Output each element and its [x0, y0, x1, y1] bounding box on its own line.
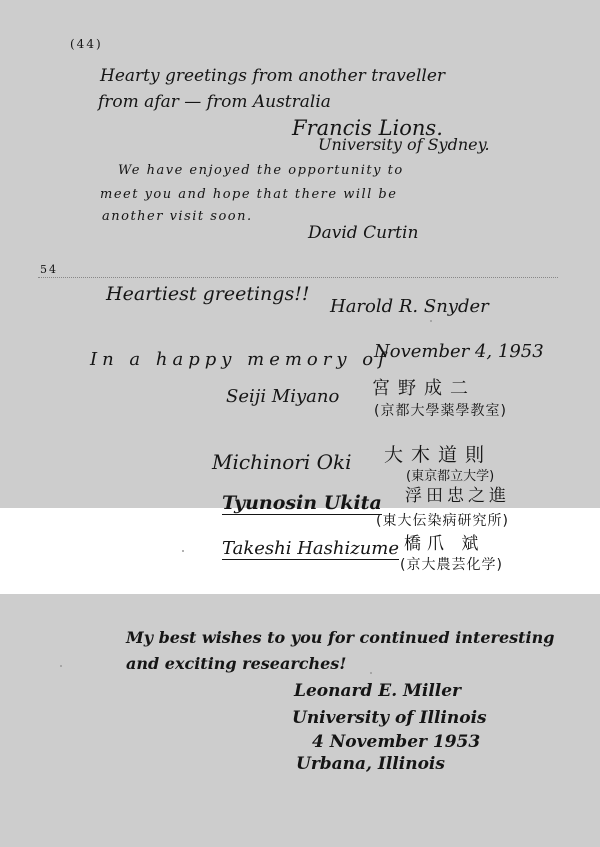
location: Urbana, Illinois	[296, 756, 445, 773]
message-line: Hearty greetings from another traveller	[100, 68, 445, 85]
affiliation: University of Sydney.	[318, 137, 490, 153]
page-number: (44)	[70, 38, 103, 50]
scan-speck	[370, 672, 372, 674]
scan-speck	[430, 320, 432, 322]
message-line: from afar — from Australia	[98, 94, 331, 111]
date: 4 November 1953	[312, 734, 480, 751]
affiliation-cjk: (東大伝染病研究所)	[376, 514, 509, 528]
section-divider	[38, 277, 558, 278]
date-line: November 4, 1953	[374, 343, 544, 361]
message-line: another visit soon.	[102, 210, 253, 223]
message-line: Heartiest greetings!!	[106, 285, 309, 304]
signature: Takeshi Hashizume	[222, 540, 399, 560]
signature-cjk: 大木道則	[384, 446, 492, 465]
message-line: My best wishes to you for continued inte…	[126, 630, 554, 646]
affiliation-cjk: (京大農芸化学)	[400, 558, 503, 572]
signature: Leonard E. Miller	[294, 683, 461, 700]
section-number: 54	[40, 264, 58, 275]
message-line: and exciting researches!	[126, 656, 346, 672]
signature: Michinori Oki	[212, 452, 352, 472]
signature: Harold R. Snyder	[330, 298, 489, 316]
message-line: We have enjoyed the opportunity to	[118, 164, 404, 177]
signature: Tyunosin Ukita	[222, 494, 382, 515]
affiliation-cjk: (京都大學薬學教室)	[374, 404, 507, 418]
signature-cjk: 宮野成二	[372, 380, 476, 398]
signature: David Curtin	[308, 225, 418, 242]
scan-speck	[60, 665, 62, 667]
affiliation-cjk: (東京都立大学)	[406, 470, 494, 483]
affiliation: University of Illinois	[292, 710, 487, 727]
scan-speck	[182, 550, 184, 552]
signature-cjk: 浮田忠之進	[405, 488, 510, 505]
message-line: meet you and hope that there will be	[100, 188, 397, 201]
signature-cjk: 橋爪 斌	[404, 536, 484, 553]
message-line: In a happy memory of	[90, 351, 390, 369]
signature: Seiji Miyano	[226, 388, 339, 406]
